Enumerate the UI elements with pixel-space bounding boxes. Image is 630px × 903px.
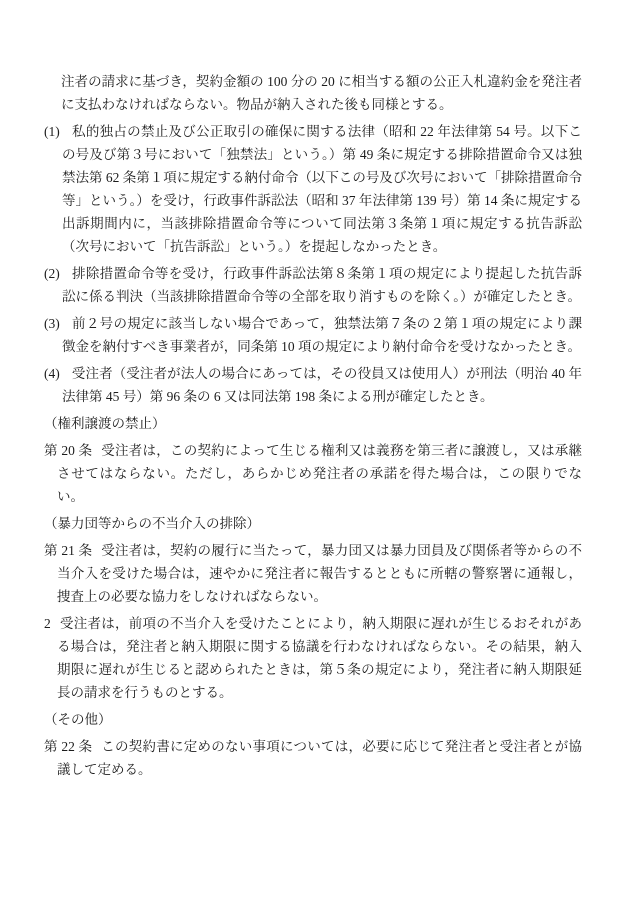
article-21-heading: （暴力団等からの不当介入の排除） bbox=[44, 512, 582, 535]
article-22-number: 第 22 条 bbox=[44, 739, 92, 754]
article-20-paragraph: 第 20 条受注者は，この契約によって生じる権利又は義務を第三者に譲渡し，又は承… bbox=[44, 439, 582, 508]
article-21-number: 第 21 条 bbox=[44, 543, 92, 558]
item-1-number: (1) bbox=[44, 124, 60, 139]
paragraph-continuation: 注者の請求に基づき，契約金額の 100 分の 20 に相当する額の公正入札違約金… bbox=[61, 70, 582, 116]
article-22-text: この契約書に定めのない事項については，必要に応じて発注者と受注者とが協議して定め… bbox=[57, 739, 582, 777]
document-body: 注者の請求に基づき，契約金額の 100 分の 20 に相当する額の公正入札違約金… bbox=[44, 70, 582, 785]
list-item-1: (1)私的独占の禁止及び公正取引の確保に関する法律（昭和 22 年法律第 54 … bbox=[44, 120, 582, 258]
item-4-text: 受注者（受注者が法人の場合にあっては，その役員又は使用人）が刑法（明治 40 年… bbox=[62, 366, 582, 404]
article-21-paragraph-2: 2受注者は，前項の不当介入を受けたことにより，納入期限に遅れが生じるおそれがある… bbox=[44, 612, 582, 704]
contract-document-page: 注者の請求に基づき，契約金額の 100 分の 20 に相当する額の公正入札違約金… bbox=[0, 0, 630, 903]
item-2-number: (2) bbox=[44, 266, 60, 281]
item-3-text: 前２号の規定に該当しない場合であって，独禁法第７条の２第１項の規定により課徴金を… bbox=[62, 316, 582, 354]
item-4-number: (4) bbox=[44, 366, 60, 381]
article-22-heading: （その他） bbox=[44, 708, 582, 731]
article-21-text: 受注者は，契約の履行に当たって，暴力団又は暴力団員及び関係者等からの不当介入を受… bbox=[57, 543, 582, 604]
list-item-2: (2)排除措置命令等を受け，行政事件訴訟法第８条第１項の規定により提起した抗告訴… bbox=[44, 262, 582, 308]
item-2-text: 排除措置命令等を受け，行政事件訴訟法第８条第１項の規定により提起した抗告訴訟に係… bbox=[62, 266, 582, 304]
list-item-3: (3)前２号の規定に該当しない場合であって，独禁法第７条の２第１項の規定により課… bbox=[44, 312, 582, 358]
article-21-paragraph-2-number: 2 bbox=[44, 616, 51, 631]
article-20-heading: （権利譲渡の禁止） bbox=[44, 412, 582, 435]
article-20-text: 受注者は，この契約によって生じる権利又は義務を第三者に譲渡し，又は承継させてはな… bbox=[57, 443, 582, 504]
article-20-number: 第 20 条 bbox=[44, 443, 92, 458]
item-1-text: 私的独占の禁止及び公正取引の確保に関する法律（昭和 22 年法律第 54 号。以… bbox=[62, 124, 582, 254]
article-22-paragraph: 第 22 条この契約書に定めのない事項については，必要に応じて発注者と受注者とが… bbox=[44, 735, 582, 781]
list-item-4: (4)受注者（受注者が法人の場合にあっては，その役員又は使用人）が刑法（明治 4… bbox=[44, 362, 582, 408]
article-21-paragraph-1: 第 21 条受注者は，契約の履行に当たって，暴力団又は暴力団員及び関係者等からの… bbox=[44, 539, 582, 608]
item-3-number: (3) bbox=[44, 316, 60, 331]
article-21-paragraph-2-text: 受注者は，前項の不当介入を受けたことにより，納入期限に遅れが生じるおそれがある場… bbox=[57, 616, 582, 700]
